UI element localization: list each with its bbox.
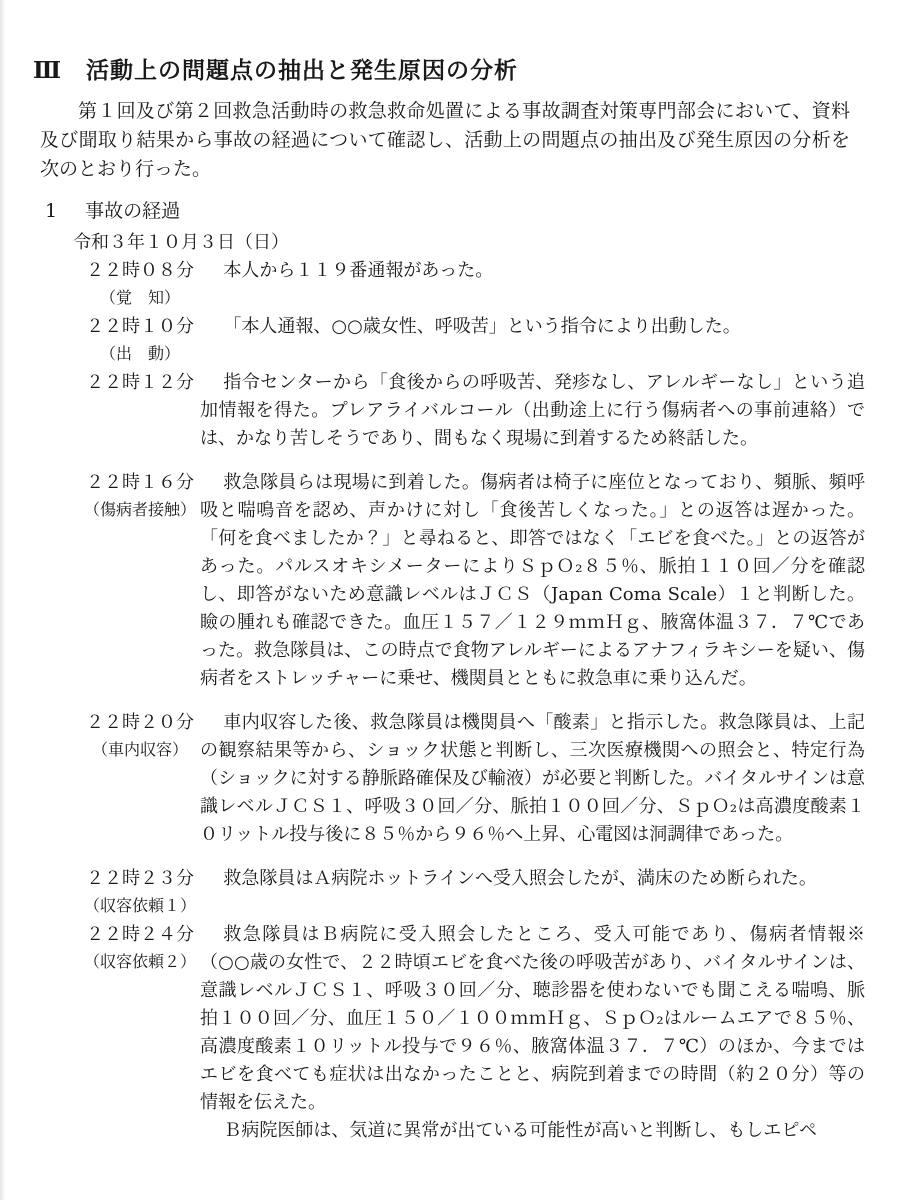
time-label: ２２時１２分 [80,369,200,397]
entry-paragraph: 救急隊員らは現場に到着した。傷病者は椅子に座位となっており、頻脈、頻呼吸と喘鳴音… [200,469,865,693]
timeline-entry: ２２時１６分 （傷病者接触） 救急隊員らは現場に到着した。傷病者は椅子に座位とな… [0,469,900,693]
section-heading: Ⅲ 活動上の問題点の抽出と発生原因の分析 [33,55,900,87]
entry-content: 指令センターから「食後からの呼吸苦、発疹なし、アレルギーなし」という追加情報を得… [200,369,900,453]
entry-time-column: ２２時１０分 （出 動） [80,313,200,367]
entry-time-column: ２２時１２分 [80,369,200,397]
timeline-entry: ２２時１０分 （出 動） 「本人通報、○○歳女性、呼吸苦」という指令により出動し… [0,313,900,367]
timeline: ２２時０８分 （覚 知） 本人から１１９番通報があった。 ２２時１０分 （出 動… [0,257,900,1145]
phase-label: （覚 知） [80,285,200,311]
time-label: ２２時２０分 [80,709,200,737]
entry-time-column: ２２時２３分 （収容依頼１） [80,865,200,919]
entry-time-column: ２２時１６分 （傷病者接触） [80,469,200,523]
timeline-entry: ２２時０８分 （覚 知） 本人から１１９番通報があった。 [0,257,900,311]
time-label: ２２時１０分 [80,313,200,341]
entry-content: 救急隊員はＢ病院に受入照会したところ、受入可能であり、傷病者情報※（○○歳の女性… [200,921,900,1145]
entry-paragraph: Ｂ病院医師は、気道に異常が出ている可能性が高いと判断し、もしエピペ [200,1117,865,1145]
entry-content: 車内収容した後、救急隊員は機関員へ「酸素」と指示した。救急隊員は、上記の観察結果… [200,709,900,849]
subsection-number: 1 [45,198,57,225]
phase-label: （車内収容） [80,737,200,763]
timeline-entry: ２２時１２分 指令センターから「食後からの呼吸苦、発疹なし、アレルギーなし」とい… [0,369,900,453]
time-label: ２２時１６分 [80,469,200,497]
section-title: 活動上の問題点の抽出と発生原因の分析 [86,55,518,87]
entry-paragraph: 車内収容した後、救急隊員は機関員へ「酸素」と指示した。救急隊員は、上記の観察結果… [200,709,865,849]
entry-content: 救急隊員はＡ病院ホットラインへ受入照会したが、満床のため断られた。 [200,865,900,893]
timeline-entry: ２２時２０分 （車内収容） 車内収容した後、救急隊員は機関員へ「酸素」と指示した… [0,709,900,849]
phase-label: （傷病者接触） [80,497,200,523]
entry-time-column: ２２時０８分 （覚 知） [80,257,200,311]
entry-paragraph: 指令センターから「食後からの呼吸苦、発疹なし、アレルギーなし」という追加情報を得… [200,369,865,453]
phase-label: （収容依頼２） [80,949,200,975]
entry-paragraph: 「本人通報、○○歳女性、呼吸苦」という指令により出動した。 [200,313,865,341]
timeline-entry: ２２時２３分 （収容依頼１） 救急隊員はＡ病院ホットラインへ受入照会したが、満床… [0,865,900,919]
time-label: ２２時２４分 [80,921,200,949]
time-label: ２２時０８分 [80,257,200,285]
entry-paragraph: 本人から１１９番通報があった。 [200,257,865,285]
phase-label: （出 動） [80,341,200,367]
entry-content: 救急隊員らは現場に到着した。傷病者は椅子に座位となっており、頻脈、頻呼吸と喘鳴音… [200,469,900,693]
date-line: 令和３年１０月３日（日） [73,229,900,256]
entry-paragraph: 救急隊員はＢ病院に受入照会したところ、受入可能であり、傷病者情報※（○○歳の女性… [200,921,865,1117]
timeline-entry: ２２時２４分 （収容依頼２） 救急隊員はＢ病院に受入照会したところ、受入可能であ… [0,921,900,1145]
entry-content: 「本人通報、○○歳女性、呼吸苦」という指令により出動した。 [200,313,900,341]
document-page: Ⅲ 活動上の問題点の抽出と発生原因の分析 第１回及び第２回救急活動時の救急救命処… [0,0,900,1200]
entry-content: 本人から１１９番通報があった。 [200,257,900,285]
phase-label: （収容依頼１） [80,893,200,919]
subsection-heading: 1 事故の経過 [45,198,900,225]
subsection-title: 事故の経過 [85,198,180,225]
time-label: ２２時２３分 [80,865,200,893]
entry-paragraph: 救急隊員はＡ病院ホットラインへ受入照会したが、満床のため断られた。 [200,865,865,893]
entry-time-column: ２２時２４分 （収容依頼２） [80,921,200,975]
intro-paragraph: 第１回及び第２回救急活動時の救急救命処置による事故調査対策専門部会において、資料… [40,97,850,184]
entry-time-column: ２２時２０分 （車内収容） [80,709,200,763]
section-number: Ⅲ [33,55,62,87]
